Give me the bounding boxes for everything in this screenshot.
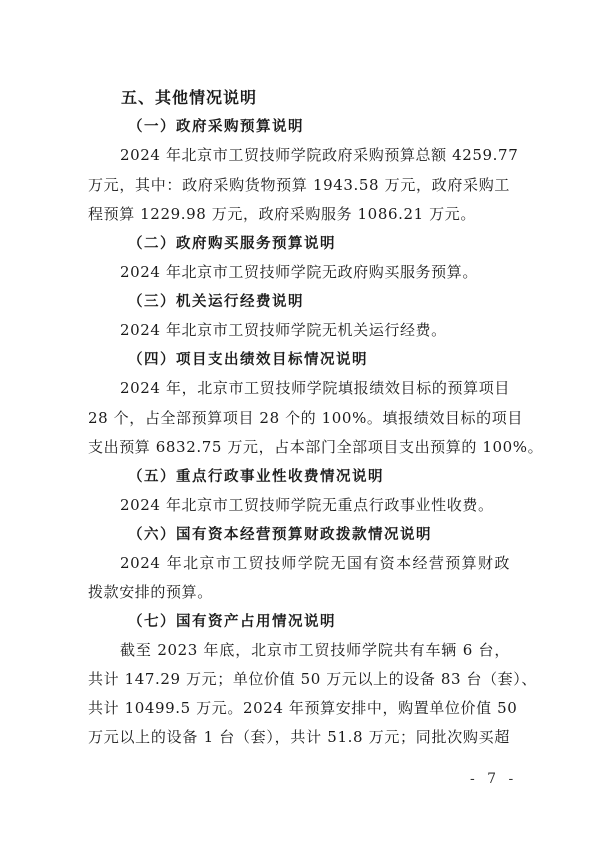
paragraph-line: 2024 年北京市工贸技师学院无机关运行经费。 — [120, 320, 510, 340]
paragraph-line: 共计 147.29 万元；单位价值 50 万元以上的设备 83 台（套）、 — [88, 669, 510, 689]
paragraph-line: 程预算 1229.98 万元，政府采购服务 1086.21 万元。 — [88, 204, 510, 224]
subsection-heading-7: （七）国有资产占用情况说明 — [128, 612, 550, 632]
document-page: 五、其他情况说明 （一）政府采购预算说明 2024 年北京市工贸技师学院政府采购… — [0, 0, 600, 848]
subsection-heading-1: （一）政府采购预算说明 — [128, 117, 550, 137]
paragraph-line: 2024 年北京市工贸技师学院无国有资本经营预算财政 — [120, 553, 510, 573]
subsection-heading-2: （二）政府购买服务预算说明 — [128, 234, 550, 254]
paragraph-line: 支出预算 6832.75 万元，占本部门全部项目支出预算的 100%。 — [88, 437, 510, 457]
paragraph-line: 2024 年北京市工贸技师学院无政府购买服务预算。 — [120, 262, 510, 282]
subsection-heading-5: （五）重点行政事业性收费情况说明 — [128, 467, 550, 487]
subsection-heading-6: （六）国有资本经营预算财政拨款情况说明 — [128, 525, 550, 545]
subsection-heading-4: （四）项目支出绩效目标情况说明 — [128, 350, 550, 370]
paragraph-line: 万元，其中：政府采购货物预算 1943.58 万元，政府采购工 — [88, 175, 510, 195]
section-title: 五、其他情况说明 — [121, 88, 543, 108]
paragraph-line: 截至 2023 年底，北京市工贸技师学院共有车辆 6 台， — [120, 640, 510, 660]
subsection-heading-3: （三）机关运行经费说明 — [128, 292, 550, 312]
paragraph-line: 2024 年北京市工贸技师学院无重点行政事业性收费。 — [120, 495, 510, 515]
paragraph-line: 拨款安排的预算。 — [88, 582, 510, 602]
paragraph-line: 万元以上的设备 1 台（套），共计 51.8 万元；同批次购买超 — [88, 727, 510, 747]
paragraph-line: 2024 年，北京市工贸技师学院填报绩效目标的预算项目 — [120, 378, 510, 398]
paragraph-line: 2024 年北京市工贸技师学院政府采购预算总额 4259.77 — [120, 145, 510, 165]
page-number: - 7 - — [470, 771, 517, 787]
paragraph-line: 28 个，占全部预算项目 28 个的 100%。填报绩效目标的项目 — [88, 408, 510, 428]
paragraph-line: 共计 10499.5 万元。2024 年预算安排中，购置单位价值 50 — [88, 698, 510, 718]
